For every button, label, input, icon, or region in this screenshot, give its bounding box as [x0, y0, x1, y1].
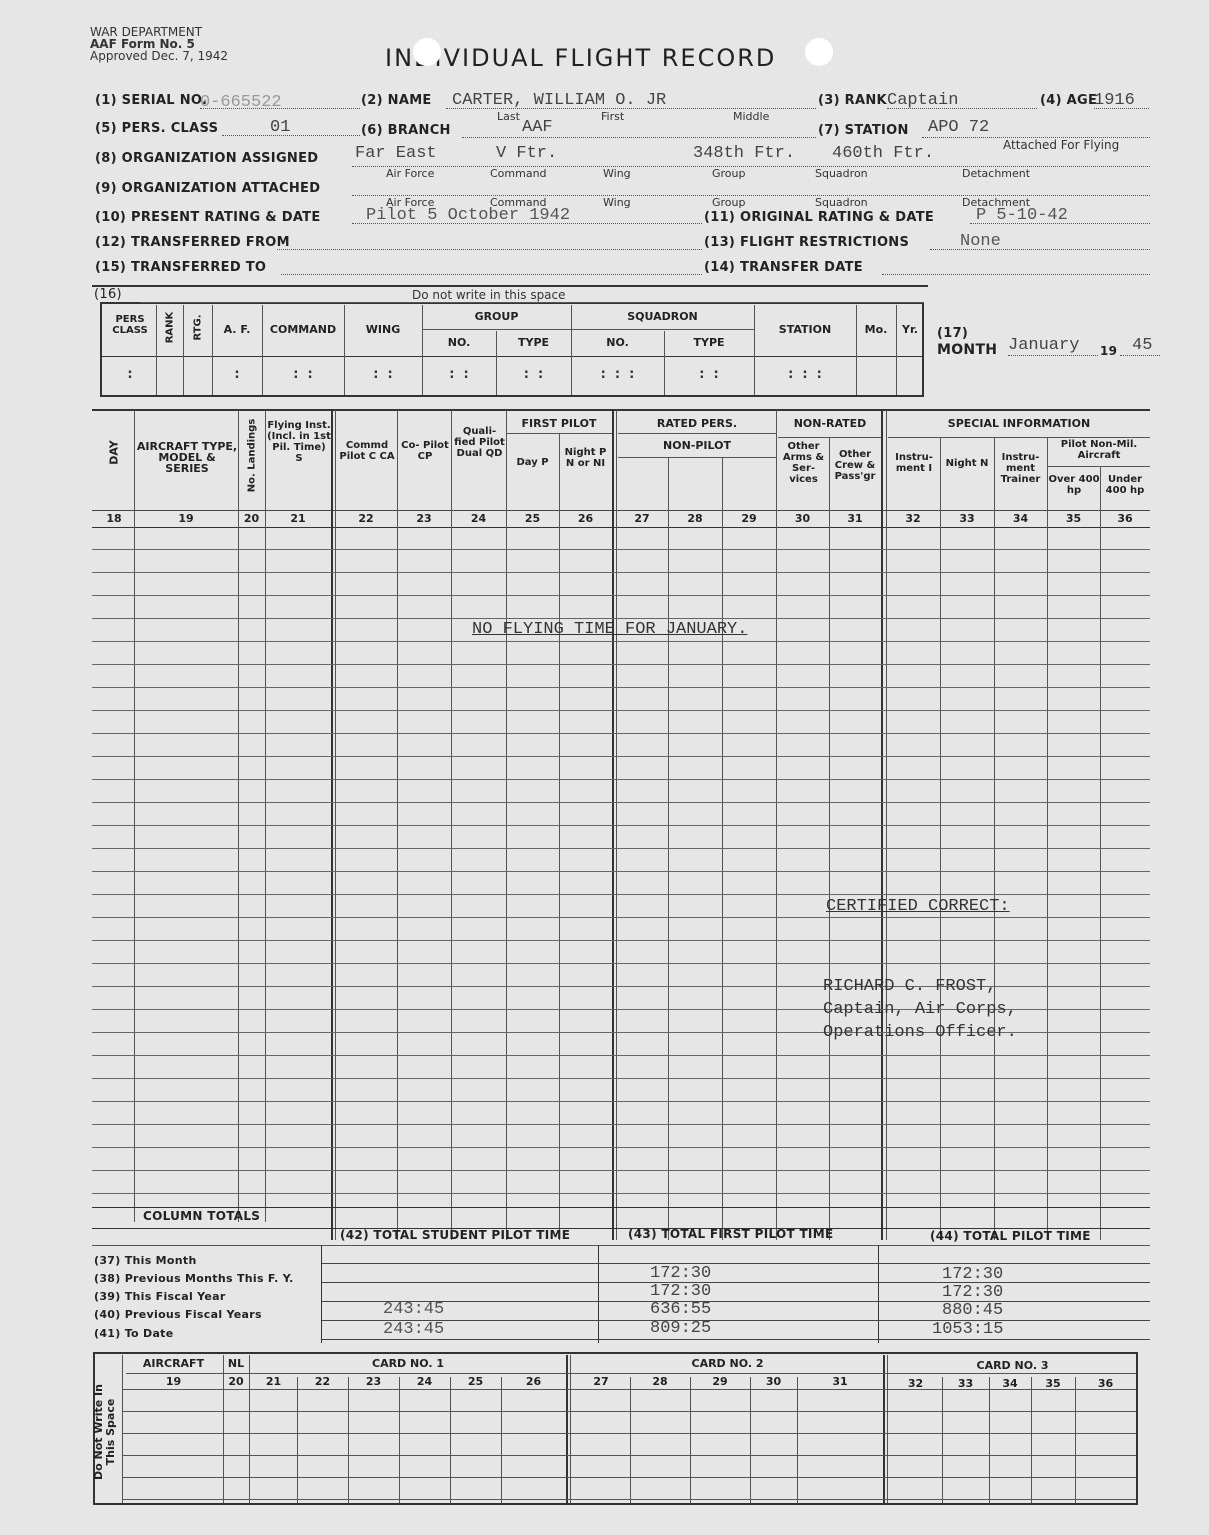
col-number: 36: [1100, 512, 1150, 525]
card-col-number: 29: [690, 1375, 750, 1388]
total-pilot-this-fy-value[interactable]: 172:30: [942, 1283, 1003, 1302]
block16-group-no-header: NO.: [422, 337, 496, 348]
col-number: 23: [397, 512, 451, 525]
card-col-number: 20: [223, 1375, 249, 1388]
signer-title: Operations Officer.: [823, 1021, 1017, 1045]
transferred-from-label: (12) TRANSFERRED FROM: [95, 235, 290, 250]
to-date-label: (41) To Date: [94, 1327, 174, 1340]
org-assigned-command-value: V Ftr.: [496, 144, 557, 163]
col-number: 29: [722, 512, 776, 525]
col-number: 32: [886, 512, 940, 525]
block16-squadron-header: SQUADRON: [571, 311, 754, 322]
pers-class-value: 01: [270, 118, 290, 137]
colon-mark: : :: [262, 367, 344, 382]
org-attached-label: (9) ORGANIZATION ATTACHED: [95, 181, 320, 196]
punch-hole: [413, 38, 441, 66]
this-fiscal-year-label: (39) This Fiscal Year: [94, 1290, 226, 1303]
col-number: 27: [616, 512, 668, 525]
org-assigned-label: (8) ORGANIZATION ASSIGNED: [95, 151, 318, 166]
col-number: 33: [940, 512, 994, 525]
rank-value: Captain: [887, 91, 958, 110]
header-commd-pilot: Commd Pilot C CA: [337, 440, 397, 462]
card-col-number: 30: [750, 1375, 797, 1388]
card-col-number: 33: [942, 1377, 989, 1390]
divider: [92, 409, 1150, 411]
block16-squadron-type-header: TYPE: [664, 337, 754, 348]
colon-mark: : : :: [754, 367, 856, 382]
branch-label: (6) BRANCH: [361, 123, 451, 138]
do-not-write-label: Do Not Write In This Space: [93, 1372, 117, 1492]
station-label: (7) STATION: [818, 123, 909, 138]
card-col-number: 34: [989, 1377, 1031, 1390]
header-aircraft: AIRCRAFT TYPE, MODEL & SERIES: [136, 441, 238, 474]
header-rated-pers: RATED PERS.: [618, 418, 776, 429]
divider: [126, 1373, 1136, 1374]
previous-months-label: (38) Previous Months This F. Y.: [94, 1272, 294, 1285]
col-number: 19: [134, 512, 238, 525]
transferred-to-field[interactable]: [281, 257, 702, 275]
divider: [183, 305, 184, 395]
divider: [896, 305, 897, 395]
block16-pers-class-header: PERS CLASS: [104, 314, 156, 336]
approved-date: Approved Dec. 7, 1942: [90, 50, 228, 62]
first-pilot-time-label: (43) TOTAL FIRST PILOT TIME: [628, 1227, 833, 1241]
name-field[interactable]: CARTER, WILLIAM O. JR: [446, 89, 816, 109]
present-rating-field[interactable]: Pilot 5 October 1942: [352, 204, 702, 224]
month-field[interactable]: January: [1008, 334, 1098, 356]
divider: [156, 305, 157, 395]
station-field[interactable]: APO 72: [922, 116, 1150, 138]
divider: [140, 302, 924, 303]
total-pilot-prev-months-value[interactable]: 172:30: [942, 1265, 1003, 1284]
total-pilot-to-date-value[interactable]: 1053:15: [932, 1320, 1003, 1339]
header-non-pilot: NON-PILOT: [618, 440, 776, 451]
month-value: January: [1008, 336, 1079, 355]
header-night: Night N: [940, 458, 994, 469]
block16-group-header: GROUP: [422, 311, 571, 322]
col-number: 28: [668, 512, 722, 525]
student-to-date-value[interactable]: 243:45: [383, 1320, 444, 1339]
original-rating-label: (11) ORIGINAL RATING & DATE: [704, 210, 934, 225]
signer-rank: Captain, Air Corps,: [823, 998, 1017, 1022]
card-2-header: CARD NO. 2: [572, 1358, 883, 1369]
month-label-number: (17): [937, 327, 968, 341]
branch-value: AAF: [522, 118, 553, 137]
col-number: 22: [335, 512, 397, 525]
divider: [856, 305, 857, 395]
divider: [92, 510, 1150, 511]
page-title: INDIVIDUAL FLIGHT RECORD: [385, 44, 776, 72]
flight-restrictions-value: None: [960, 232, 1001, 251]
branch-field[interactable]: AAF: [462, 116, 816, 138]
col-number: 24: [451, 512, 506, 525]
serial-field[interactable]: 0-665522: [200, 91, 360, 109]
colon-mark: :: [212, 367, 262, 382]
col-number: 35: [1047, 512, 1100, 525]
block16-wing-header: WING: [344, 324, 422, 335]
card-1-header: CARD NO. 1: [250, 1358, 566, 1369]
this-month-label: (37) This Month: [94, 1254, 197, 1267]
transferred-from-field[interactable]: [277, 232, 702, 250]
age-value: 1916: [1094, 91, 1135, 110]
divider: [92, 1207, 1150, 1208]
colon-mark: :: [104, 367, 156, 382]
transfer-date-label: (14) TRANSFER DATE: [704, 260, 863, 275]
header-day: DAY: [108, 433, 121, 473]
certified-correct: CERTIFIED CORRECT:: [826, 897, 1010, 916]
flight-restrictions-field[interactable]: None: [930, 230, 1150, 250]
colon-mark: : :: [664, 367, 754, 382]
block16-station-header: STATION: [754, 324, 856, 335]
header-landings: No. Landings: [247, 416, 258, 496]
header-qualified-pilot: Quali- fied Pilot Dual QD: [453, 426, 506, 459]
block16-note: Do not write in this space: [412, 288, 566, 302]
card-col-number: 32: [889, 1377, 942, 1390]
divider: [1048, 466, 1150, 467]
rank-field[interactable]: Captain: [887, 89, 1037, 109]
present-rating-label: (10) PRESENT RATING & DATE: [95, 210, 321, 225]
block16-mo-header: Mo.: [856, 324, 896, 335]
column-totals-label: COLUMN TOTALS: [143, 1209, 260, 1223]
header-day-p: Day P: [506, 457, 559, 468]
col-number: 21: [265, 512, 331, 525]
card-nl-header: NL: [223, 1358, 249, 1369]
no-flying-time-note: NO FLYING TIME FOR JANUARY.: [472, 620, 747, 639]
colon-mark: : :: [422, 367, 496, 382]
header-non-rated: NON-RATED: [778, 418, 882, 429]
colon-mark: : : :: [571, 367, 664, 382]
year-field[interactable]: 45: [1120, 334, 1160, 356]
pers-class-field[interactable]: 01: [222, 116, 360, 136]
card-3-header: CARD NO. 3: [889, 1360, 1136, 1371]
transferred-to-label: (15) TRANSFERRED TO: [95, 260, 266, 275]
block16-label: (16): [94, 287, 122, 302]
header-flying-inst: Flying Inst. (Incl. in 1st Pil. Time) S: [267, 420, 331, 464]
card-col-number: 23: [348, 1375, 399, 1388]
flight-restrictions-label: (13) FLIGHT RESTRICTIONS: [704, 235, 909, 250]
header-co-pilot: Co- Pilot CP: [399, 440, 451, 462]
first-pilot-prev-months-value[interactable]: 172:30: [650, 1264, 711, 1283]
punch-hole: [805, 38, 833, 66]
col-number: 25: [506, 512, 559, 525]
station-value: APO 72: [928, 118, 989, 137]
card-col-number: 36: [1075, 1377, 1136, 1390]
block16-rank-header: RANK: [165, 308, 176, 348]
month-label: MONTH: [937, 342, 997, 358]
original-rating-value: P 5-10-42: [976, 206, 1068, 225]
first-pilot-prev-fy-value[interactable]: 636:55: [650, 1300, 711, 1319]
org-assigned-af-value: Far East: [355, 144, 437, 163]
present-rating-value: Pilot 5 October 1942: [366, 206, 570, 225]
totals-lines: [322, 1245, 1150, 1341]
card-col-number: 28: [630, 1375, 690, 1388]
block16-yr-header: Yr.: [896, 324, 924, 335]
total-pilot-time-label: (44) TOTAL PILOT TIME: [930, 1229, 1091, 1243]
block16-command-header: COMMAND: [262, 324, 344, 335]
student-pilot-time-label: (42) TOTAL STUDENT PILOT TIME: [340, 1228, 570, 1242]
divider: [92, 285, 928, 287]
header-first-pilot: FIRST PILOT: [506, 418, 612, 429]
card-aircraft-header: AIRCRAFT: [124, 1358, 223, 1369]
total-pilot-prev-fy-value[interactable]: 880:45: [942, 1301, 1003, 1320]
divider: [778, 437, 882, 438]
flight-record-form: WAR DEPARTMENT AAF Form No. 5 Approved D…: [0, 0, 1209, 1535]
serial-label: (1) SERIAL NO.: [95, 93, 207, 108]
name-label: (2) NAME: [361, 93, 432, 108]
org-assigned-group-value: 348th Ftr.: [693, 144, 795, 163]
name-value: CARTER, WILLIAM O. JR: [452, 91, 666, 110]
header-non-mil: Pilot Non-Mil. Aircraft: [1048, 439, 1150, 461]
card-col-number: 19: [124, 1375, 223, 1388]
col-number: 34: [994, 512, 1047, 525]
header-other-crew: Other Crew & Pass'gr: [829, 449, 881, 482]
org-attached-field[interactable]: [352, 176, 1150, 196]
org-attached-sub-group: Group: [712, 196, 746, 209]
card-col-number: 24: [399, 1375, 450, 1388]
block16-group-type-header: TYPE: [496, 337, 571, 348]
serial-value: 0-665522: [200, 93, 282, 112]
year-value: 45: [1132, 336, 1152, 355]
divider: [618, 457, 776, 458]
card-col-number: 22: [297, 1375, 348, 1388]
col-number: 31: [829, 512, 881, 525]
student-prev-fy-value[interactable]: 243:45: [383, 1300, 444, 1319]
transfer-date-field[interactable]: [882, 257, 1150, 275]
divider: [618, 433, 776, 434]
month-century: 19: [1100, 344, 1117, 358]
header-instrument: Instru- ment I: [888, 452, 940, 474]
header-special-info: SPECIAL INFORMATION: [888, 418, 1150, 429]
age-field[interactable]: 1916: [1094, 89, 1149, 109]
pers-class-label: (5) PERS. CLASS: [95, 121, 218, 136]
first-pilot-this-fy-value[interactable]: 172:30: [650, 1282, 711, 1301]
card-rows: [123, 1389, 1136, 1501]
col-number: 26: [559, 512, 612, 525]
divider: [102, 356, 924, 357]
card-col-number: 21: [250, 1375, 297, 1388]
divider: [422, 329, 754, 330]
colon-mark: : :: [496, 367, 571, 382]
signer-name: RICHARD C. FROST,: [823, 975, 996, 999]
card-col-number: 35: [1031, 1377, 1075, 1390]
header-night-p: Night P N or NI: [559, 447, 612, 469]
age-label: (4) AGE: [1040, 93, 1097, 108]
org-attached-sub-squadron: Squadron: [815, 196, 868, 209]
colon-mark: : :: [344, 367, 422, 382]
first-pilot-to-date-value[interactable]: 809:25: [650, 1319, 711, 1338]
header-instr-trainer: Instru- ment Trainer: [994, 452, 1047, 485]
card-col-number: 26: [501, 1375, 566, 1388]
org-assigned-squadron-value: 460th Ftr.: [832, 144, 934, 163]
col-number: 30: [776, 512, 829, 525]
rank-label: (3) RANK: [818, 93, 887, 108]
block16-af-header: A. F.: [212, 324, 262, 335]
col-number: 20: [238, 512, 265, 525]
block16-squadron-no-header: NO.: [571, 337, 664, 348]
col-number: 18: [94, 512, 134, 525]
block16-rtg-header: RTG.: [193, 308, 204, 348]
card-col-number: 31: [797, 1375, 883, 1388]
original-rating-field[interactable]: P 5-10-42: [970, 204, 1150, 224]
divider: [888, 437, 1150, 438]
previous-fiscal-years-label: (40) Previous Fiscal Years: [94, 1308, 262, 1321]
card-col-number: 27: [572, 1375, 630, 1388]
header-other-arms: Other Arms & Ser- vices: [778, 441, 829, 485]
header-over-400: Over 400 hp: [1048, 474, 1100, 496]
card-col-number: 25: [450, 1375, 501, 1388]
header-under-400: Under 400 hp: [1100, 474, 1150, 496]
